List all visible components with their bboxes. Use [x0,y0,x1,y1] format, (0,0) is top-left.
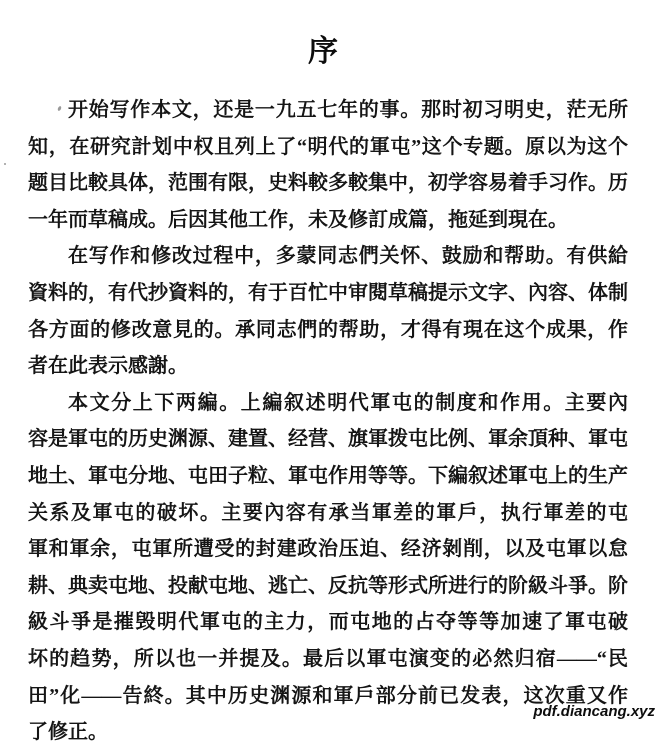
text-line: 知，在研究計划中权且列上了“明代的軍屯”这个专题。原以为这个 [28,129,628,166]
text-line: 者在此表示感謝。 [28,348,628,385]
text-line: 容是軍屯的历史渊源、建置、经营、旗軍拨屯比例、軍余頂种、軍屯 [28,421,628,458]
text-line: 在写作和修改过程中，多蒙同志們关怀、鼓励和帮助。有供給 [28,238,628,275]
text-line: 地土、軍屯分地、屯田子粒、軍屯作用等等。下編叙述軍屯上的生产 [28,458,628,495]
text-line: 题目比較具体，范围有限，史料較多較集中，初学容易着手习作。历 [28,165,628,202]
text-line: 級斗爭是摧毁明代軍屯的主力，而屯地的占夺等等加速了軍屯破 [28,604,628,641]
text-line: 軍和軍余，屯軍所遭受的封建政治压迫、经济剝削，以及屯軍以怠 [28,531,628,568]
text-line: 資料的，有代抄資料的，有于百忙中审閱草稿提示文字、內容、体制 [28,275,628,312]
scan-speck [4,163,6,165]
text-line: 一年而草稿成。后因其他工作，未及修訂成篇，拖延到現在。 [28,202,628,239]
watermark-text: pdf.diancang.xyz [533,703,655,721]
text-line: 耕、典卖屯地、投献屯地、逃亡、反抗等形式所进行的阶級斗爭。阶 [28,568,628,605]
text-line: 关系及軍屯的破坏。主要內容有承当軍差的軍戶，执行軍差的屯 [28,495,628,532]
text-line: 开始写作本文，还是一九五七年的事。那时初习明史，茫无所 [28,92,628,129]
text-line: 各方面的修改意見的。承同志們的帮助，才得有現在这个成果，作 [28,312,628,349]
text-line: 本文分上下两編。上編叙述明代軍屯的制度和作用。主要內 [28,385,628,422]
page-title: 序 [0,33,659,71]
preface-text-block: 开始写作本文，还是一九五七年的事。那时初习明史，茫无所知，在研究計划中权且列上了… [28,92,628,750]
scanned-book-page: 序 开始写作本文，还是一九五七年的事。那时初习明史，茫无所知，在研究計划中权且列… [0,0,672,750]
text-line: 坏的趋势，所以也一并提及。最后以軍屯演变的必然归宿——“民 [28,641,628,678]
